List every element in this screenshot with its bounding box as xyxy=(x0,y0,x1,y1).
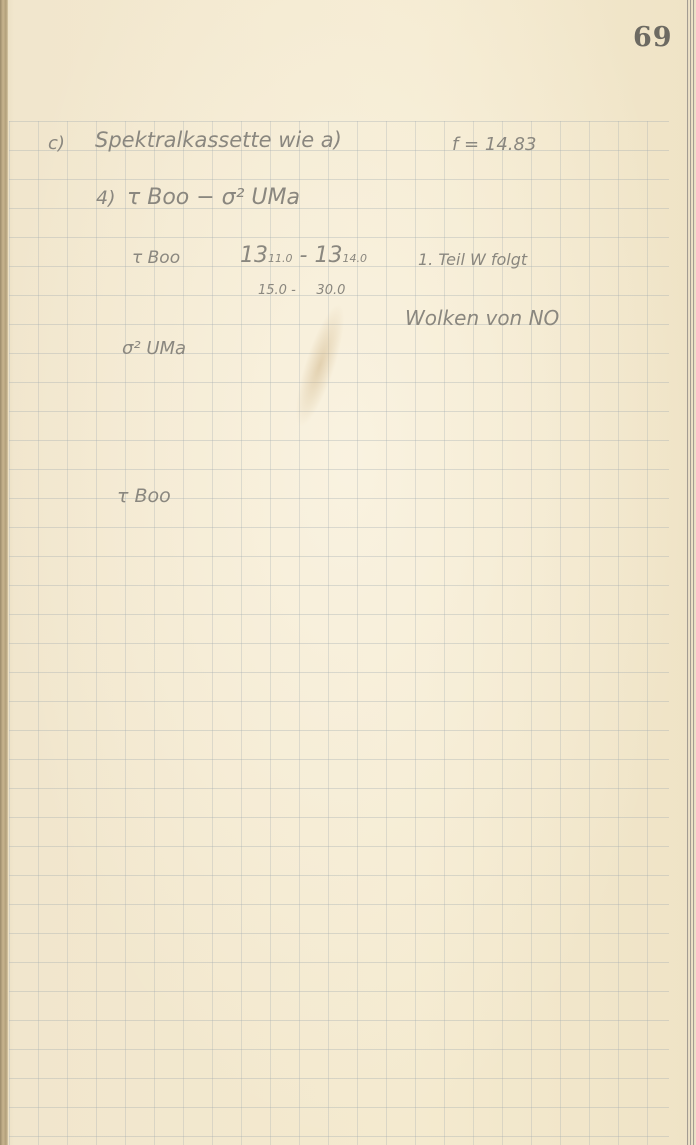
time-start-hour: 13 xyxy=(240,243,268,268)
grid-lines xyxy=(9,121,669,1145)
star-tau-boo-1: τ Boo xyxy=(132,248,180,268)
time-dash: - xyxy=(300,243,308,268)
time-end-min: 14.0 xyxy=(342,252,367,265)
entry-c-focus: f = 14.83 xyxy=(452,134,536,155)
star-tau-boo-2: τ Boo xyxy=(117,485,171,507)
section-4-label: 4) xyxy=(96,187,116,209)
section-4-title: τ Boo − σ² UMa xyxy=(127,185,300,210)
time-start-min: 11.0 xyxy=(268,252,293,265)
time-end-hour: 13 xyxy=(314,243,342,268)
time-range: 1311.0 - 1314.0 xyxy=(240,243,367,268)
page-number: 69 xyxy=(633,22,673,53)
star-sigma2-uma: σ² UMa xyxy=(122,338,186,359)
page-stack-edge xyxy=(686,0,696,1145)
times-row-2: 15.0 - 30.0 xyxy=(258,283,345,298)
clouds-note: Wolken von NO xyxy=(405,306,559,330)
exposure-note: 1. Teil W folgt xyxy=(418,250,527,269)
page-binding-edge xyxy=(0,0,8,1145)
entry-c-text: Spektralkassette wie a) xyxy=(95,128,342,152)
entry-c-label: c) xyxy=(48,133,65,154)
